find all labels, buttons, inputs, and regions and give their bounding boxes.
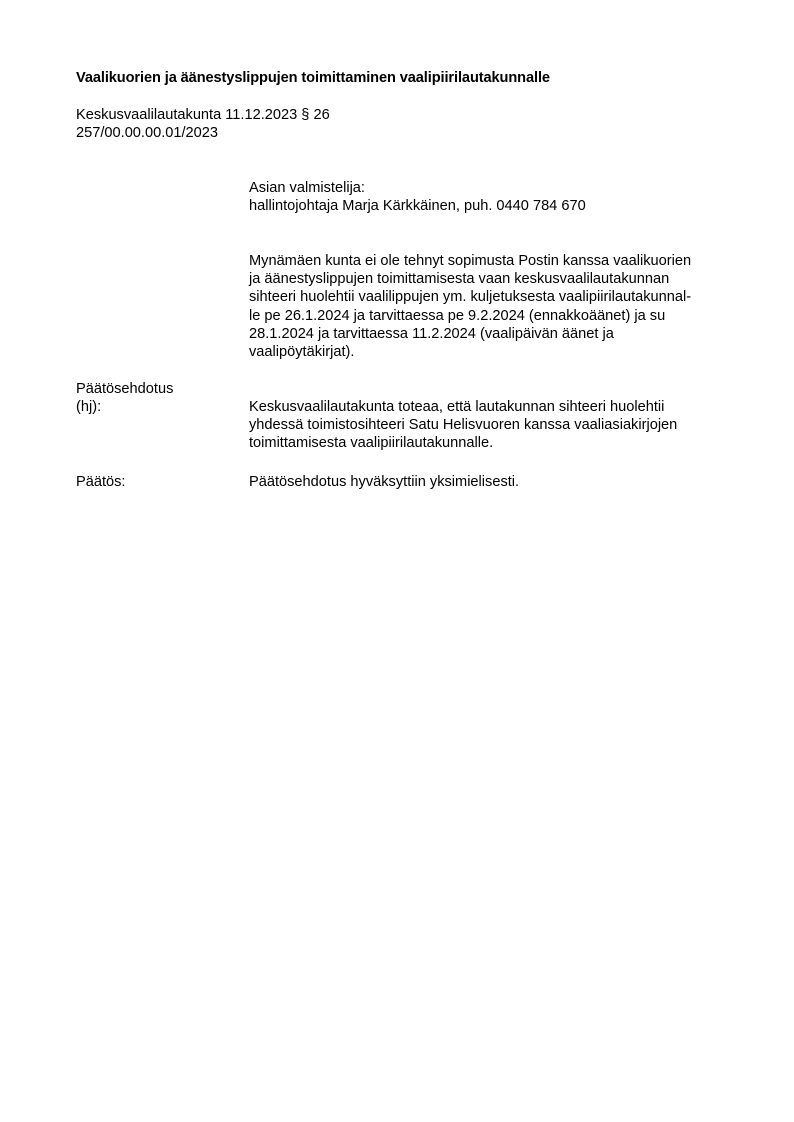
decision-text: Päätösehdotus hyväksyttiin yksimielisest… <box>249 473 519 491</box>
body-line: ja äänestyslippujen toimittamisesta vaan… <box>249 270 691 288</box>
proposal-label: Päätösehdotus (hj): <box>76 380 173 416</box>
body-line: vaalipöytäkirjat). <box>249 343 691 361</box>
body-line: sihteeri huolehtii vaalilippujen ym. kul… <box>249 288 691 306</box>
proposal-line: toimittamisesta vaalipiirilautakunnalle. <box>249 434 677 452</box>
record-number: 257/00.00.00.01/2023 <box>76 124 330 142</box>
meeting-meta: Keskusvaalilautakunta 11.12.2023 § 26 25… <box>76 106 330 142</box>
proposal-line: yhdessä toimistosihteeri Satu Helisvuore… <box>249 416 677 434</box>
document-title: Vaalikuorien ja äänestyslippujen toimitt… <box>76 70 550 86</box>
body-paragraph: Mynämäen kunta ei ole tehnyt sopimusta P… <box>249 252 691 361</box>
preparer-name: hallintojohtaja Marja Kärkkäinen, puh. 0… <box>249 197 586 215</box>
proposal-line: Keskusvaalilautakunta toteaa, että lauta… <box>249 398 677 416</box>
body-line: Mynämäen kunta ei ole tehnyt sopimusta P… <box>249 252 691 270</box>
body-line: 28.1.2024 ja tarvittaessa 11.2.2024 (vaa… <box>249 325 691 343</box>
decision-label: Päätös: <box>76 473 126 491</box>
body-line: le pe 26.1.2024 ja tarvittaessa pe 9.2.2… <box>249 307 691 325</box>
proposal-text: Keskusvaalilautakunta toteaa, että lauta… <box>249 398 677 453</box>
proposal-label-line2: (hj): <box>76 398 173 416</box>
proposal-label-line1: Päätösehdotus <box>76 380 173 398</box>
preparer-label: Asian valmistelija: <box>249 179 586 197</box>
preparer-section: Asian valmistelija: hallintojohtaja Marj… <box>249 179 586 215</box>
meeting-line: Keskusvaalilautakunta 11.12.2023 § 26 <box>76 106 330 124</box>
